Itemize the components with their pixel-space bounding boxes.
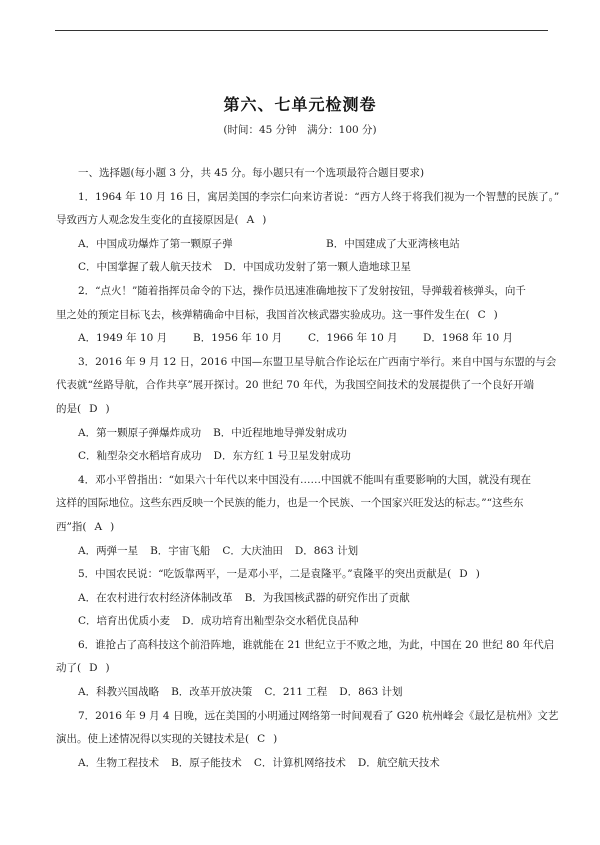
- question-3: 3．2016 年 9 月 12 日，2016 中国—东盟卫星导航合作论坛在广西南…: [56, 351, 548, 469]
- option-a: A．科教兴国战略: [78, 686, 159, 698]
- option-a: A．生物工程技术: [78, 757, 159, 769]
- option-b: B．中国建成了大亚湾核电站: [326, 233, 551, 257]
- answer: D: [81, 662, 105, 674]
- question-text: 1．1964 年 10 月 16 日，寓居美国的李宗仁向来访者说：“西方人终于将…: [56, 186, 548, 210]
- question-text: 里之处的预定目标飞去，核弹精确命中目标，我国首次核武器实验成功。这一事件发生在(…: [56, 304, 548, 328]
- exam-content: 一、选择题(每小题 3 分，共 45 分。每小题只有一个选项最符合题目要求) 1…: [56, 162, 548, 775]
- option-d: D．成功培育出籼型杂交水稻优良品种: [182, 615, 358, 627]
- options-row: A．在农村进行农村经济体制改革B．为我国核武器的研究作出了贡献: [56, 587, 548, 611]
- options-row: C．中国掌握了载人航天技术D．中国成功发射了第一颗人造地球卫星: [56, 256, 548, 280]
- option-a: A．第一颗原子弹爆炸成功: [78, 427, 201, 439]
- option-c: C．培育出优质小麦: [78, 615, 170, 627]
- options-row: A．1949 年 10 月B．1956 年 10 月C．1966 年 10 月D…: [56, 327, 548, 351]
- question-5: 5．中国农民说：“吃饭靠两平，一是邓小平，二是袁隆平。”袁隆平的突出贡献是(D)…: [56, 563, 548, 634]
- answer: D: [451, 568, 475, 580]
- option-b: B．改革开放决策: [171, 686, 252, 698]
- option-c: C．籼型杂交水稻培育成功: [78, 450, 202, 462]
- option-a: A．在农村进行农村经济体制改革: [78, 592, 233, 604]
- question-2: 2．“点火！”随着指挥员命令的下达，操作员迅速准确地按下了发射按钮，导弹载着核弹…: [56, 280, 548, 351]
- options-row: A．科教兴国战略B．改革开放决策C．211 工程D．863 计划: [56, 681, 548, 705]
- question-6: 6．谁抢占了高科技这个前沿阵地，谁就能在 21 世纪立于不败之地，为此，中国在 …: [56, 634, 548, 705]
- option-a: A．1949 年 10 月: [78, 327, 193, 351]
- page-title: 第六、七单元检测卷: [0, 92, 600, 115]
- question-text: 7．2016 年 9 月 4 日晚，远在美国的小明通过网络第一时间观看了 G20…: [56, 705, 548, 729]
- question-4: 4．邓小平曾指出：“如果六十年代以来中国没有……中国就不能叫有重要影响的大国，就…: [56, 469, 548, 563]
- option-d: D．航空航天技术: [358, 757, 440, 769]
- question-1: 1．1964 年 10 月 16 日，寓居美国的李宗仁向来访者说：“西方人终于将…: [56, 186, 548, 280]
- options-row: A．生物工程技术B．原子能技术C．计算机网络技术D．航空航天技术: [56, 752, 548, 776]
- question-text: 4．邓小平曾指出：“如果六十年代以来中国没有……中国就不能叫有重要影响的大国，就…: [56, 469, 548, 493]
- question-text: 5．中国农民说：“吃饭靠两平，一是邓小平，二是袁隆平。”袁隆平的突出贡献是(D): [56, 563, 548, 587]
- option-b: B．宇宙飞船: [150, 545, 210, 557]
- options-row: A．两弹一星B．宇宙飞船C．大庆油田D．863 计划: [56, 540, 548, 564]
- options-row: A．中国成功爆炸了第一颗原子弹B．中国建成了大亚湾核电站: [56, 233, 548, 257]
- answer: A: [86, 521, 110, 533]
- option-d: D．1968 年 10 月: [423, 327, 538, 351]
- option-b: B．1956 年 10 月: [193, 327, 308, 351]
- exam-info: (时间：45 分钟 满分：100 分): [0, 122, 600, 137]
- section-heading: 一、选择题(每小题 3 分，共 45 分。每小题只有一个选项最符合题目要求): [56, 162, 548, 186]
- option-d: D．中国成功发射了第一颗人造地球卫星: [224, 261, 411, 273]
- option-b: B．原子能技术: [171, 757, 242, 769]
- options-row: C．培育出优质小麦D．成功培育出籼型杂交水稻优良品种: [56, 610, 548, 634]
- option-d: D．863 计划: [295, 545, 358, 557]
- option-d: D．东方红 1 号卫星发射成功: [214, 450, 351, 462]
- answer: C: [249, 733, 273, 745]
- question-text: 导致西方人观念发生变化的直接原因是(A): [56, 209, 548, 233]
- option-a: A．两弹一星: [78, 545, 138, 557]
- answer: D: [81, 403, 105, 415]
- option-d: D．863 计划: [339, 686, 402, 698]
- options-row: C．籼型杂交水稻培育成功D．东方红 1 号卫星发射成功: [56, 445, 548, 469]
- option-a: A．中国成功爆炸了第一颗原子弹: [78, 233, 326, 257]
- options-row: A．第一颗原子弹爆炸成功B．中近程地地导弹发射成功: [56, 422, 548, 446]
- question-text: 动了(D): [56, 657, 548, 681]
- option-b: B．为我国核武器的研究作出了贡献: [245, 592, 410, 604]
- header-rule: [55, 30, 548, 31]
- question-text: 2．“点火！”随着指挥员命令的下达，操作员迅速准确地按下了发射按钮，导弹载着核弹…: [56, 280, 548, 304]
- question-text: 演出。使上述情况得以实现的关键技术是(C): [56, 728, 548, 752]
- question-text: 3．2016 年 9 月 12 日，2016 中国—东盟卫星导航合作论坛在广西南…: [56, 351, 548, 375]
- option-c: C．211 工程: [264, 686, 327, 698]
- option-c: C．计算机网络技术: [254, 757, 346, 769]
- option-c: C．大庆油田: [222, 545, 283, 557]
- option-c: C．1966 年 10 月: [308, 327, 423, 351]
- answer: A: [239, 214, 263, 226]
- option-c: C．中国掌握了载人航天技术: [78, 261, 212, 273]
- question-text: 这样的国际地位。这些东西反映一个民族的能力，也是一个民族、一个国家兴旺发达的标志…: [56, 492, 548, 516]
- question-7: 7．2016 年 9 月 4 日晚，远在美国的小明通过网络第一时间观看了 G20…: [56, 705, 548, 776]
- question-text: 西”指(A): [56, 516, 548, 540]
- question-text: 6．谁抢占了高科技这个前沿阵地，谁就能在 21 世纪立于不败之地，为此，中国在 …: [56, 634, 548, 658]
- question-text: 代表就“丝路导航，合作共享”展开探讨。20 世纪 70 年代，为我国空间技术的发…: [56, 374, 548, 398]
- question-text: 的是(D): [56, 398, 548, 422]
- option-b: B．中近程地地导弹发射成功: [213, 427, 347, 439]
- answer: C: [470, 309, 494, 321]
